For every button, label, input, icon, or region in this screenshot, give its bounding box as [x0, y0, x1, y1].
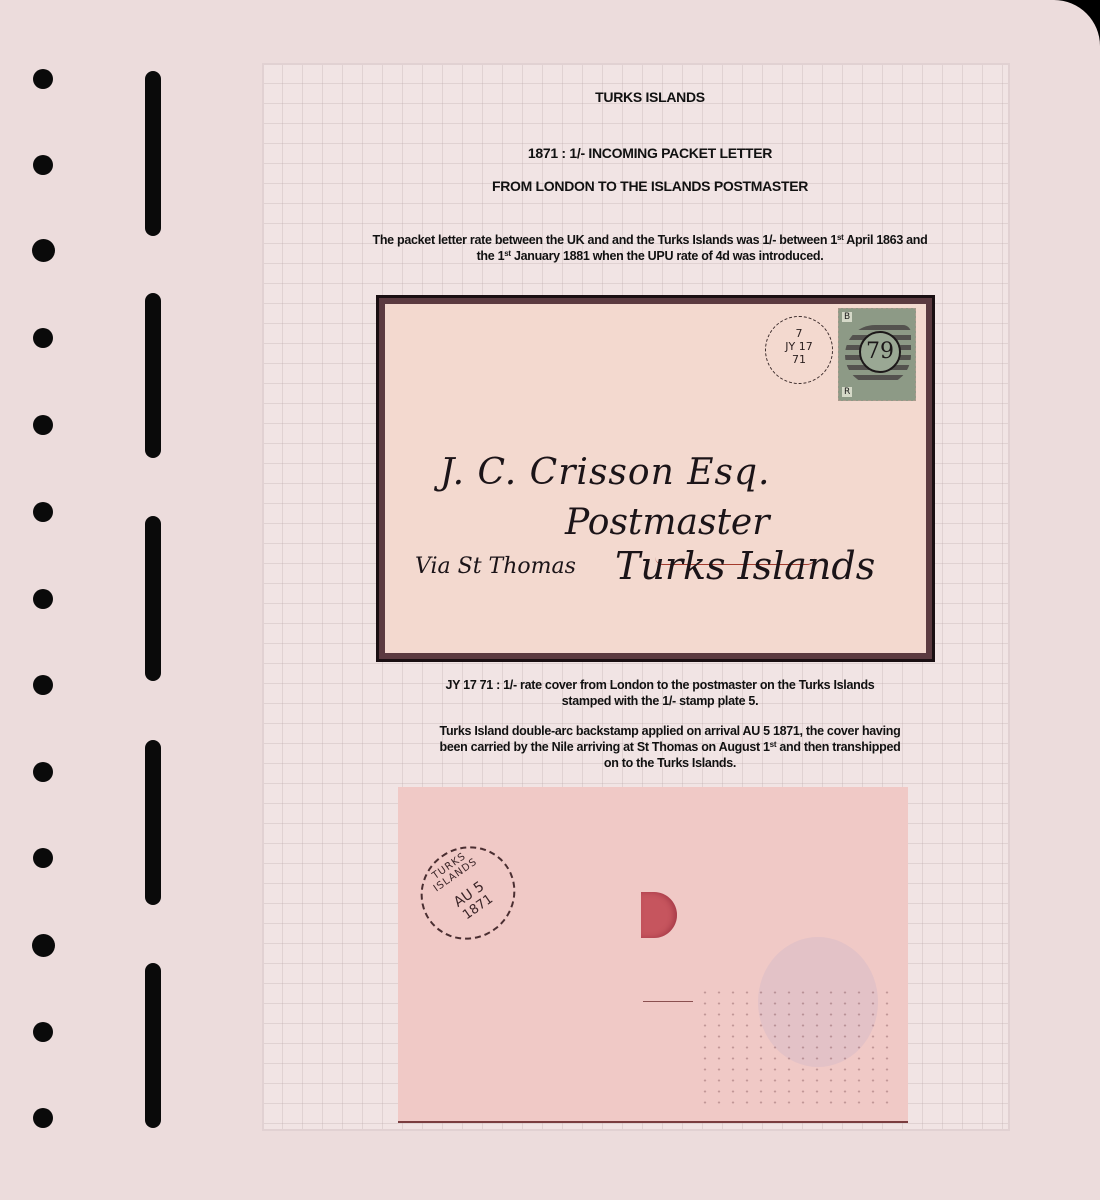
- postmark-date: JY 17: [766, 340, 832, 353]
- superscript: st: [770, 740, 777, 749]
- postmark-year: 71: [766, 353, 832, 366]
- cancel-numeral: 79: [859, 331, 901, 373]
- binder-hole: [32, 934, 55, 957]
- binder-slot: [145, 293, 161, 458]
- frame-mat: 7 JY 17 71 79 B R J. C. Crisson Esq. Pos…: [379, 298, 932, 659]
- intro-text: January 1881 when the UPU rate of 4d was…: [511, 249, 824, 263]
- intro-text: the 1: [477, 249, 505, 263]
- binder-hole: [33, 675, 53, 695]
- superscript: st: [504, 249, 511, 258]
- ink-offset-speckle: [698, 987, 898, 1107]
- album-page: TURKS ISLANDS 1871 : 1/- INCOMING PACKET…: [0, 0, 1100, 1200]
- one-shilling-stamp: 79 B R: [838, 308, 916, 401]
- binder-hole: [33, 762, 53, 782]
- page-title: TURKS ISLANDS: [262, 89, 1038, 105]
- intro-paragraph: The packet letter rate between the UK an…: [300, 232, 1000, 264]
- intro-text: April 1863 and: [844, 233, 928, 247]
- intro-text: The packet letter rate between the UK an…: [373, 233, 838, 247]
- binder-hole: [33, 69, 53, 89]
- cover-back: TURKS ISLANDS AU 5 1871: [398, 787, 908, 1123]
- binder-slot: [145, 963, 161, 1128]
- caption-text: been carried by the Nile arriving at St …: [440, 740, 770, 754]
- stamp-corner-letter: B: [842, 312, 852, 322]
- binder-hole: [33, 328, 53, 348]
- address-line-route: Via St Thomas: [415, 554, 576, 579]
- london-postmark: 7 JY 17 71: [765, 316, 833, 384]
- caption-text: Turks Island double-arc backstamp applie…: [390, 723, 950, 739]
- binder-hole: [33, 155, 53, 175]
- binder-hole: [33, 502, 53, 522]
- binder-hole: [33, 1108, 53, 1128]
- wax-seal: [641, 892, 677, 938]
- binder-hole: [33, 415, 53, 435]
- page-subtitle-2: FROM LONDON TO THE ISLANDS POSTMASTER: [262, 178, 1038, 194]
- binder-hole: [33, 1022, 53, 1042]
- address-line-title: Postmaster: [565, 502, 769, 543]
- caption-text: JY 17 71 : 1/- rate cover from London to…: [390, 677, 930, 693]
- fold-line: [643, 1001, 693, 1002]
- binder-slot: [145, 516, 161, 681]
- caption-text: stamped with the 1/- stamp plate 5.: [390, 693, 930, 709]
- superscript: st: [837, 233, 844, 242]
- address-line-destination: Turks Islands: [615, 544, 875, 588]
- binder-slot: [145, 740, 161, 905]
- binder-hole: [32, 239, 55, 262]
- caption-text: and then transhipped: [776, 740, 900, 754]
- turks-islands-backstamp: TURKS ISLANDS AU 5 1871: [402, 828, 533, 958]
- caption-front: JY 17 71 : 1/- rate cover from London to…: [390, 677, 930, 709]
- page-subtitle: 1871 : 1/- INCOMING PACKET LETTER: [262, 145, 1038, 161]
- stamp-corner-letter: R: [842, 387, 852, 397]
- caption-text: on to the Turks Islands.: [390, 755, 950, 771]
- binder-hole: [33, 848, 53, 868]
- address-line-name: J. C. Crisson Esq.: [440, 452, 770, 493]
- postmark-time: 7: [766, 327, 832, 340]
- cover-front-frame: 7 JY 17 71 79 B R J. C. Crisson Esq. Pos…: [376, 295, 935, 662]
- binder-hole: [33, 589, 53, 609]
- binder-slot: [145, 71, 161, 236]
- cover-front: 7 JY 17 71 79 B R J. C. Crisson Esq. Pos…: [385, 304, 926, 653]
- caption-back: Turks Island double-arc backstamp applie…: [390, 723, 950, 771]
